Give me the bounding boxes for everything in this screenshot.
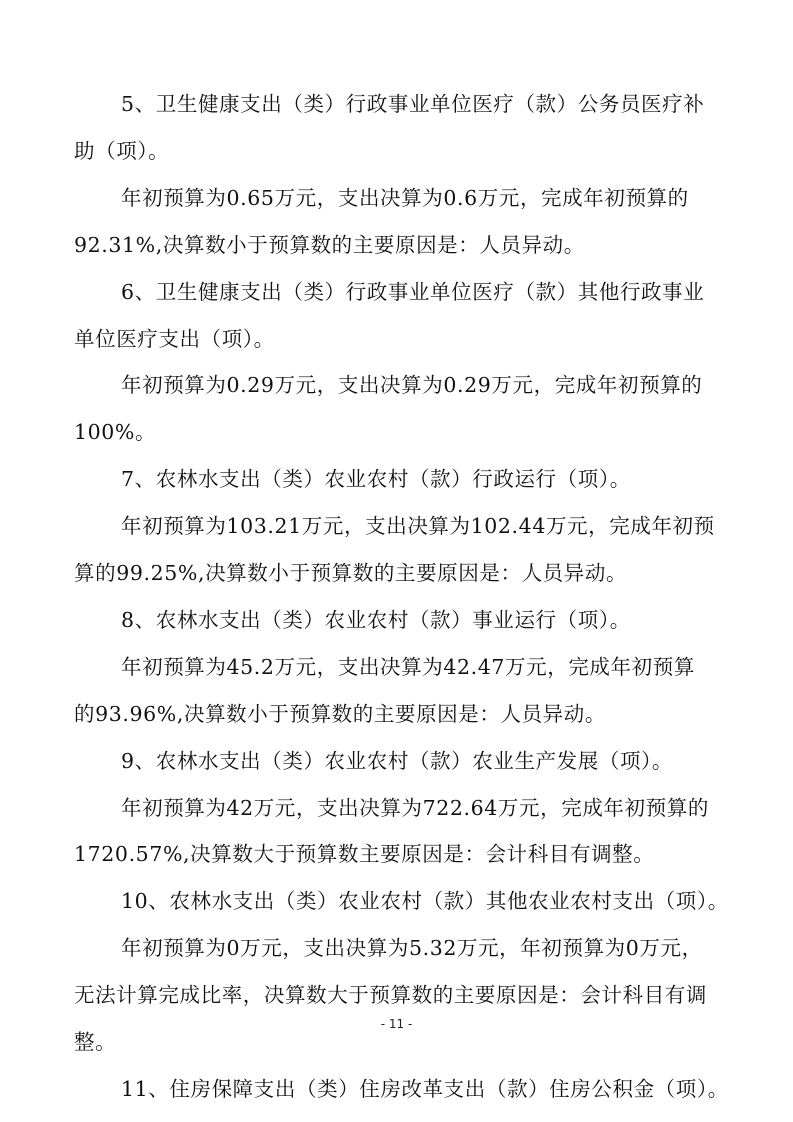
paragraph-line: 年初预算为42万元，支出决算为722.64万元，完成年初预算的 (121, 795, 709, 821)
paragraph-line: 6、卫生健康支出（类）行政事业单位医疗（款）其他行政事业 (121, 279, 704, 305)
paragraph-line: 年初预算为0.65万元，支出决算为0.6万元，完成年初预算的 (121, 185, 689, 211)
paragraph-line: 的93.96%,决算数小于预算数的主要原因是：人员异动。 (74, 701, 606, 727)
paragraph-line: 8、农林水支出（类）农业农村（款）事业运行（项）。 (121, 607, 631, 633)
paragraph-line: 10、农林水支出（类）农业农村（款）其他农业农村支出（项）。 (121, 888, 729, 914)
paragraph-line: 助（项）。 (74, 138, 169, 164)
paragraph-line: 算的99.25%,决算数小于预算数的主要原因是：人员异动。 (74, 560, 627, 586)
paragraph-line: 9、农林水支出（类）农业农村（款）农业生产发展（项）。 (121, 748, 673, 774)
paragraph-line: 7、农林水支出（类）农业农村（款）行政运行（项）。 (121, 466, 631, 492)
section-heading-11: 11、住房保障支出（类）住房改革支出（款）住房公积金（项）。 (121, 1076, 729, 1102)
paragraph-line: 年初预算为103.21万元，支出决算为102.44万元，完成年初预 (121, 513, 715, 539)
paragraph-line: 整。 (74, 1029, 116, 1055)
paragraph-line: 5、卫生健康支出（类）行政事业单位医疗（款）公务员医疗补 (121, 91, 704, 117)
paragraph-line: 年初预算为0.29万元，支出决算为0.29万元，完成年初预算的 (121, 372, 702, 398)
page-number: - 11 - (0, 1017, 793, 1031)
paragraph-line: 92.31%,决算数小于预算数的主要原因是：人员异动。 (74, 232, 585, 258)
document-page: 5、卫生健康支出（类）行政事业单位医疗（款）公务员医疗补助（项）。年初预算为0.… (0, 0, 793, 1122)
paragraph-line: 100%。 (74, 419, 156, 445)
paragraph-line: 单位医疗支出（项）。 (74, 326, 275, 352)
paragraph-line: 1720.57%,决算数大于预算数主要原因是：会计科目有调整。 (74, 841, 654, 867)
paragraph-line: 年初预算为45.2万元，支出决算为42.47万元，完成年初预算 (121, 654, 695, 680)
paragraph-line: 无法计算完成比率，决算数大于预算数的主要原因是：会计科目有调 (74, 982, 707, 1008)
paragraph-line: 年初预算为0万元，支出决算为5.32万元，年初预算为0万元， (121, 935, 703, 961)
